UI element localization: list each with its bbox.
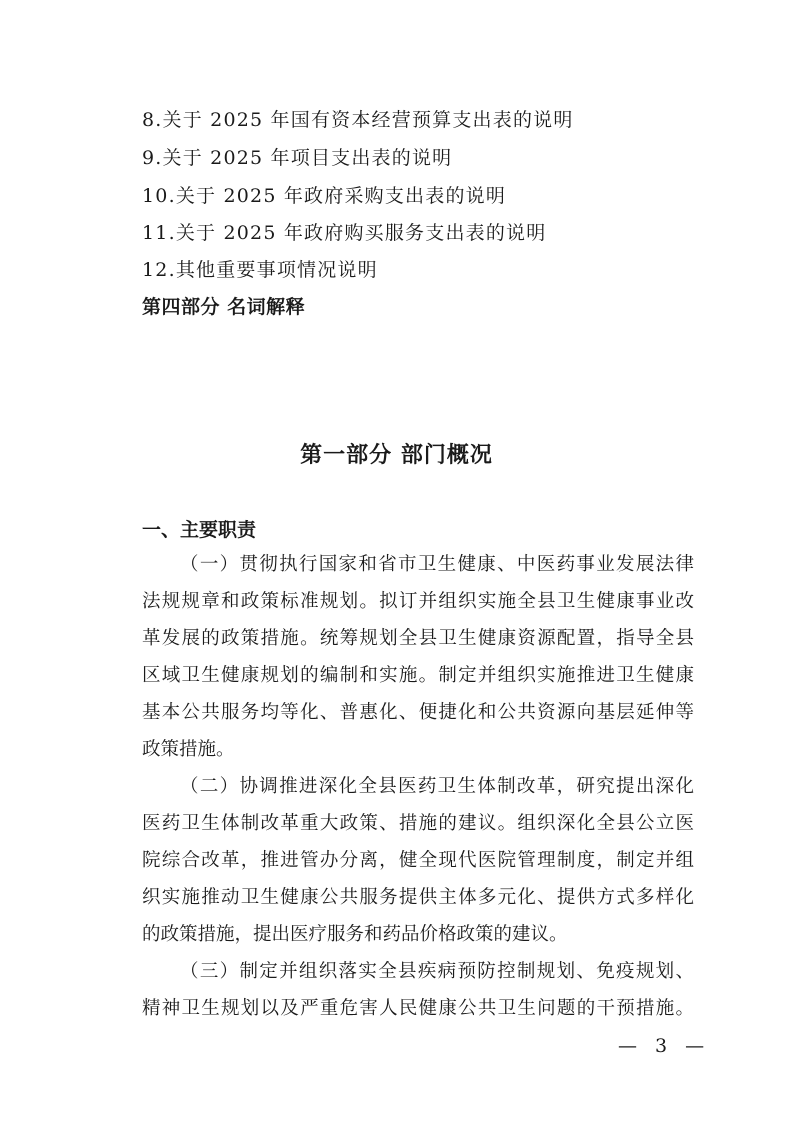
toc-item: 9.关于 2025 年项目支出表的说明 [142,146,452,170]
toc-part-four-heading: 第四部分 名词解释 [142,295,305,319]
paragraph-line: （二）协调推进深化全县医药卫生体制改革，研究提出深化 [180,775,694,799]
paragraph-line: （三）制定并组织落实全县疾病预防控制规划、免疫规划、 [180,960,694,984]
paragraph-line: 院综合改革，推进管办分离，健全现代医院管理制度，制定并组 [142,849,694,873]
toc-item: 12.其他重要事项情况说明 [142,258,378,282]
page-number: — 3 — [618,1035,710,1057]
section-heading: 一、主要职责 [142,515,256,542]
paragraph-line: （一）贯彻执行国家和省市卫生健康、中医药事业发展法律 [180,553,694,577]
paragraph-line: 织实施推动卫生健康公共服务提供主体多元化、提供方式多样化 [142,886,694,910]
paragraph-line: 精神卫生规划以及严重危害人民健康公共卫生问题的干预措施。 [142,997,694,1021]
part-title: 第一部分 部门概况 [0,438,793,469]
paragraph-line: 政策措施。 [142,738,694,762]
paragraph-line: 法规规章和政策标准规划。拟订并组织实施全县卫生健康事业改 [142,590,694,614]
paragraph-line: 基本公共服务均等化、普惠化、便捷化和公共资源向基层延伸等 [142,701,694,725]
toc-item: 8.关于 2025 年国有资本经营预算支出表的说明 [142,108,574,132]
paragraph-line: 的政策措施，提出医疗服务和药品价格政策的建议。 [142,923,694,947]
document-page: 8.关于 2025 年国有资本经营预算支出表的说明 9.关于 2025 年项目支… [0,0,793,1122]
paragraph-line: 区域卫生健康规划的编制和实施。制定并组织实施推进卫生健康 [142,664,694,688]
toc-item: 10.关于 2025 年政府采购支出表的说明 [142,184,506,208]
toc-item: 11.关于 2025 年政府购买服务支出表的说明 [142,221,546,245]
paragraph-line: 医药卫生体制改革重大政策、措施的建议。组织深化全县公立医 [142,812,694,836]
paragraph-line: 革发展的政策措施。统筹规划全县卫生健康资源配置，指导全县 [142,627,694,651]
